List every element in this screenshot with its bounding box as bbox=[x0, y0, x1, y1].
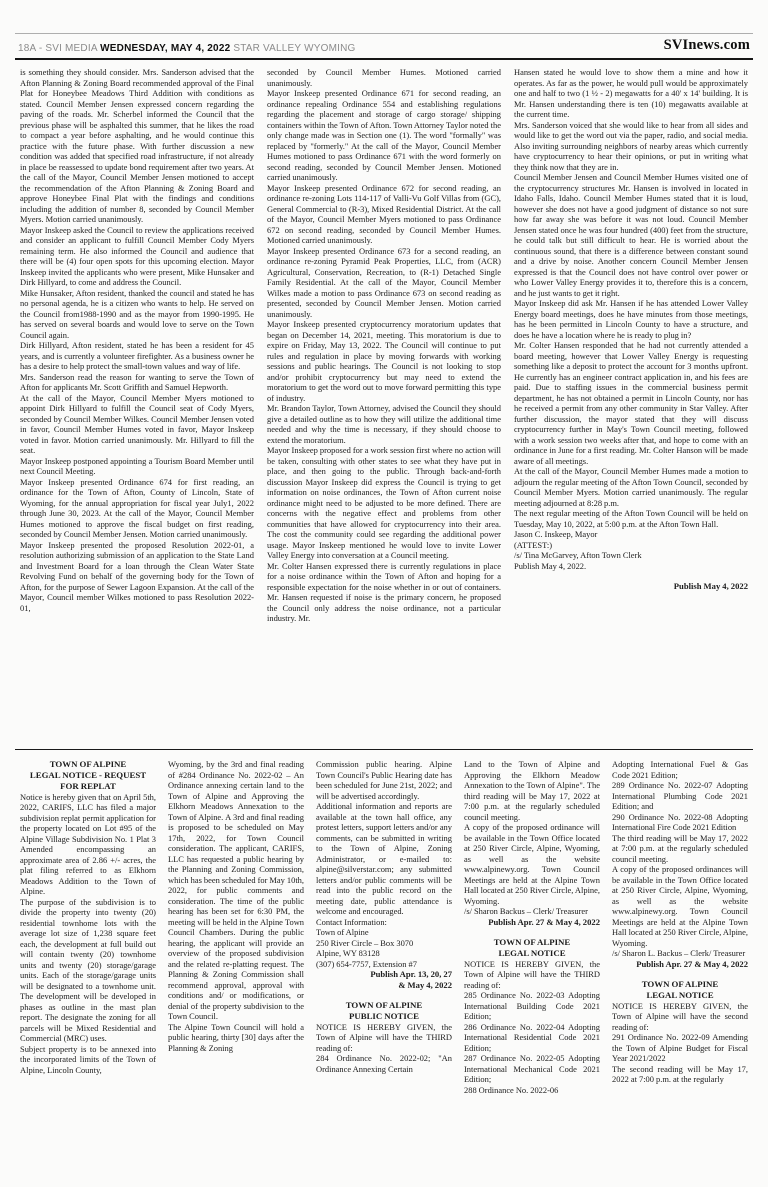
paragraph: Adopting International Fuel & Gas Code 2… bbox=[612, 759, 748, 780]
page-number-label: 18A - SVI MEDIA bbox=[18, 43, 97, 54]
notice-heading: TOWN OF ALPINE LEGAL NOTICE bbox=[612, 979, 748, 1001]
paragraph: The second reading will be May 17, 2022 … bbox=[612, 1064, 748, 1085]
minutes-column-3: Hansen stated he would love to show them… bbox=[514, 67, 748, 741]
text-line: Alpine, WY 83128 bbox=[316, 948, 452, 959]
paragraph: The Alpine Town Council will hold a publ… bbox=[168, 1022, 304, 1054]
minutes-column-2: seconded by Council Member Humes. Motion… bbox=[267, 67, 501, 741]
text-line: /s/ Tina McGarvey, Afton Town Clerk bbox=[514, 550, 748, 561]
legal-notices-section: TOWN OF ALPINE LEGAL NOTICE - REQUEST FO… bbox=[20, 759, 748, 1151]
notice-heading: TOWN OF ALPINE LEGAL NOTICE bbox=[464, 937, 600, 959]
paragraph: Council Member Jensen and Council Member… bbox=[514, 172, 748, 298]
section-divider bbox=[15, 749, 753, 750]
paragraph: is something they should consider. Mrs. … bbox=[20, 67, 254, 225]
paragraph: A copy of the proposed ordinances will b… bbox=[612, 864, 748, 948]
paragraph: Land to the Town of Alpine and Approving… bbox=[464, 759, 600, 822]
region-label: STAR VALLEY WYOMING bbox=[233, 43, 355, 54]
notices-column-5: Adopting International Fuel & Gas Code 2… bbox=[612, 759, 748, 1151]
site-url: SVInews.com bbox=[664, 37, 750, 54]
paragraph: Mayor Inskeep presented cryptocurrency m… bbox=[267, 319, 501, 403]
text-line: 250 River Circle – Box 3070 bbox=[316, 938, 452, 949]
paragraph: Mr. Colter Hansen expressed there is cur… bbox=[267, 561, 501, 624]
paragraph: Commission public hearing. Alpine Town C… bbox=[316, 759, 452, 801]
paragraph: 288 Ordinance No. 2022-06 bbox=[464, 1085, 600, 1096]
paragraph: 286 Ordinance No. 2022-04 Adopting Inter… bbox=[464, 1022, 600, 1054]
text-line: Jason C. Inskeep, Mayor bbox=[514, 529, 748, 540]
paragraph: 287 Ordinance No. 2022-05 Adopting Inter… bbox=[464, 1053, 600, 1085]
paragraph: Hansen stated he would love to show them… bbox=[514, 67, 748, 120]
text-line: Town of Alpine bbox=[316, 927, 452, 938]
paragraph: At the call of the Mayor, Council Member… bbox=[514, 466, 748, 508]
publish-line: Publish Apr. 13, 20, 27 & May 4, 2022 bbox=[316, 969, 452, 990]
paragraph: /s/ Sharon Backus – Clerk/ Treasurer bbox=[464, 906, 600, 917]
paragraph: At the call of the Mayor, Council Member… bbox=[20, 393, 254, 456]
paragraph: The purpose of the subdivision is to div… bbox=[20, 897, 156, 1044]
paragraph: Dirk Hillyard, Afton resident, stated he… bbox=[20, 340, 254, 372]
paragraph: 289 Ordinance No. 2022-07 Adopting Inter… bbox=[612, 780, 748, 812]
paragraph: Wyoming, by the 3rd and final reading of… bbox=[168, 759, 304, 1022]
notices-column-3: Commission public hearing. Alpine Town C… bbox=[316, 759, 452, 1151]
masthead: 18A - SVI MEDIA WEDNESDAY, MAY 4, 2022 S… bbox=[15, 33, 753, 60]
paragraph: Mayor Inskeep did ask Mr. Hansen if he h… bbox=[514, 298, 748, 340]
paragraph: Mayor Inskeep proposed for a work sessio… bbox=[267, 445, 501, 561]
notices-column-2: Wyoming, by the 3rd and final reading of… bbox=[168, 759, 304, 1151]
notice-heading: TOWN OF ALPINE LEGAL NOTICE - REQUEST FO… bbox=[20, 759, 156, 792]
paragraph: 285 Ordinance No. 2022-03 Adopting Inter… bbox=[464, 990, 600, 1022]
paragraph: NOTICE IS HEREBY GIVEN, the Town of Alpi… bbox=[316, 1022, 452, 1054]
paragraph: Mayor Inskeep presented Ordinance 672 fo… bbox=[267, 183, 501, 246]
paragraph: seconded by Council Member Humes. Motion… bbox=[267, 67, 501, 88]
paragraph: A copy of the proposed ordinance will be… bbox=[464, 822, 600, 906]
paragraph: Mike Hunsaker, Afton resident, thanked t… bbox=[20, 288, 254, 341]
paragraph: Notice is hereby given that on April 5th… bbox=[20, 792, 156, 897]
issue-date: WEDNESDAY, MAY 4, 2022 bbox=[100, 43, 230, 54]
paragraph: 284 Ordinance No. 2022-02; "An Ordinance… bbox=[316, 1053, 452, 1074]
text-line: Contact Information: bbox=[316, 917, 452, 928]
paragraph: /s/ Sharon L. Backus – Clerk/ Treasurer bbox=[612, 948, 748, 959]
paragraph: NOTICE IS HEREBY GIVEN, the Town of Alpi… bbox=[464, 959, 600, 991]
paragraph: Mrs. Sanderson voiced that she would lik… bbox=[514, 120, 748, 173]
paragraph: Additional information and reports are a… bbox=[316, 801, 452, 917]
publish-line: Publish May 4, 2022 bbox=[514, 581, 748, 592]
paragraph: Mayor Inskeep postponed appointing a Tou… bbox=[20, 456, 254, 477]
notice-heading: TOWN OF ALPINE PUBLIC NOTICE bbox=[316, 1000, 452, 1022]
minutes-column-1: is something they should consider. Mrs. … bbox=[20, 67, 254, 741]
text-line: (307) 654-7757, Extension #7 bbox=[316, 959, 452, 970]
paragraph: The next regular meeting of the Afton To… bbox=[514, 508, 748, 529]
text-line: (ATTEST:) bbox=[514, 540, 748, 551]
paragraph: Mrs. Sanderson read the reason for wanti… bbox=[20, 372, 254, 393]
masthead-left: 18A - SVI MEDIA WEDNESDAY, MAY 4, 2022 S… bbox=[18, 43, 356, 54]
paragraph: Mayor Inskeep presented Ordinance 673 fo… bbox=[267, 246, 501, 320]
notices-column-4: Land to the Town of Alpine and Approving… bbox=[464, 759, 600, 1151]
paragraph: Mayor Inskeep presented Ordinance 674 fo… bbox=[20, 477, 254, 540]
paragraph: The third reading will be May 17, 2022 a… bbox=[612, 833, 748, 865]
paragraph: Mayor Inskeep presented the proposed Res… bbox=[20, 540, 254, 614]
council-minutes-section: is something they should consider. Mrs. … bbox=[20, 67, 748, 741]
publish-line: Publish Apr. 27 & May 4, 2022 bbox=[612, 959, 748, 970]
paragraph: Mayor Inskeep asked the Council to revie… bbox=[20, 225, 254, 288]
paragraph: 290 Ordinance No. 2022-08 Adopting Inter… bbox=[612, 812, 748, 833]
notices-column-1: TOWN OF ALPINE LEGAL NOTICE - REQUEST FO… bbox=[20, 759, 156, 1151]
newspaper-page: 18A - SVI MEDIA WEDNESDAY, MAY 4, 2022 S… bbox=[0, 0, 768, 1187]
paragraph: Mayor Inskeep presented Ordinance 671 fo… bbox=[267, 88, 501, 183]
text-line: Publish May 4, 2022. bbox=[514, 561, 748, 572]
paragraph: 291 Ordinance No. 2022-09 Amending the T… bbox=[612, 1032, 748, 1064]
publish-line: Publish Apr. 27 & May 4, 2022 bbox=[464, 917, 600, 928]
paragraph: Mr. Brandon Taylor, Town Attorney, advis… bbox=[267, 403, 501, 445]
paragraph: Subject property is to be annexed into t… bbox=[20, 1044, 156, 1076]
paragraph: NOTICE IS HEREBY GIVEN, the Town of Alpi… bbox=[612, 1001, 748, 1033]
paragraph: Mr. Colter Hansen responded that he had … bbox=[514, 340, 748, 466]
